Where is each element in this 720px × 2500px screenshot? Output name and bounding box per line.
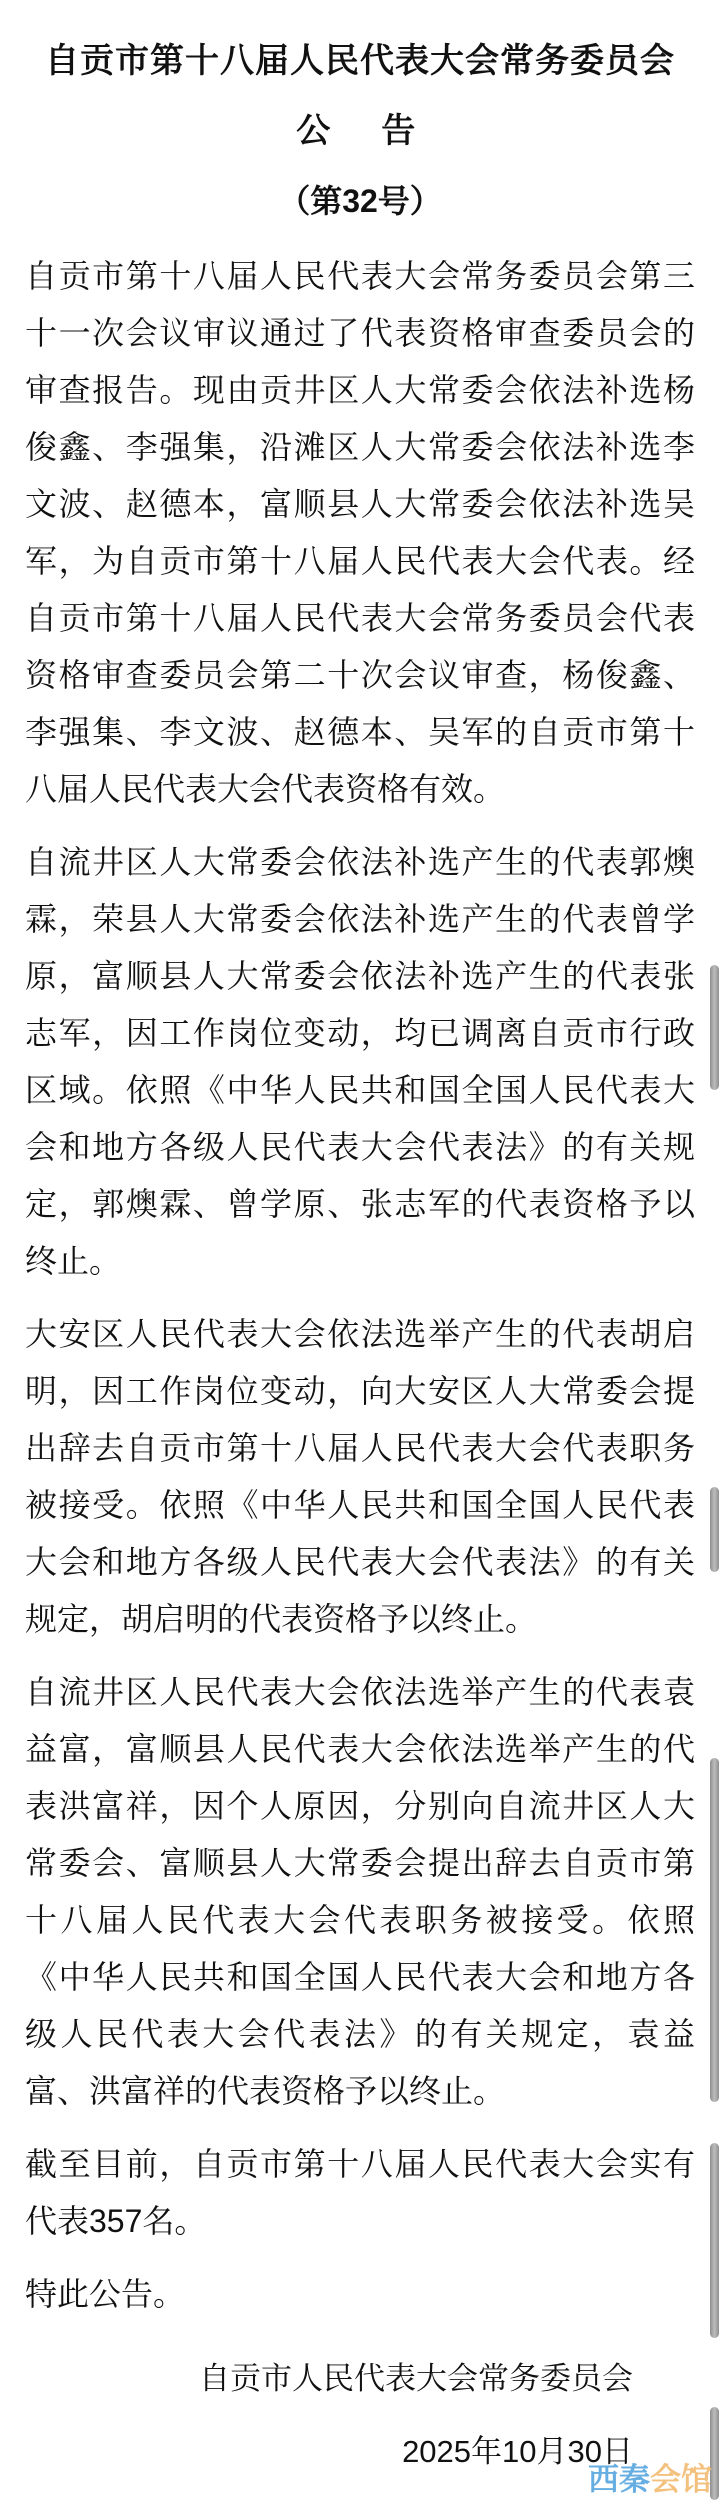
announcement-page: 自贡市第十八届人民代表大会常务委员会 公 告 （第32号） 自贡市第十八届人民代… — [0, 0, 720, 2500]
paragraph-line: 自贡市第十八届人民代表大会常务委员会代表 — [25, 590, 695, 647]
paragraph-line: 霖，荣县人大常委会依法补选产生的代表曾学 — [25, 891, 695, 948]
paragraph-line: 自流井区人大常委会依法补选产生的代表郭燠 — [25, 834, 695, 891]
paragraph: 大安区人民代表大会依法选举产生的代表胡启明，因工作岗位变动，向大安区人大常委会提… — [25, 1306, 695, 1648]
paragraph: 自贡市第十八届人民代表大会常务委员会第三十一次会议审议通过了代表资格审查委员会的… — [25, 248, 695, 818]
paragraph-line: 会和地方各级人民代表大会代表法》的有关规 — [25, 1119, 695, 1176]
paragraph: 特此公告。 — [25, 2266, 695, 2323]
paragraph-line: 文波、赵德本，富顺县人大常委会依法补选吴 — [25, 476, 695, 533]
paragraph-line: 自贡市第十八届人民代表大会常务委员会第三 — [25, 248, 695, 305]
paragraph-line: 规定，胡启明的代表资格予以终止。 — [25, 1591, 695, 1648]
paragraph-line: 大会和地方各级人民代表大会代表法》的有关 — [25, 1534, 695, 1591]
paragraph-line: 军，为自贡市第十八届人民代表大会代表。经 — [25, 533, 695, 590]
announcement-body: 自贡市第十八届人民代表大会常务委员会第三十一次会议审议通过了代表资格审查委员会的… — [25, 248, 695, 2323]
paragraph-line: 《中华人民共和国全国人民代表大会和地方各 — [25, 1949, 695, 2006]
paragraph-line: 终止。 — [25, 1233, 695, 1290]
paragraph-line: 十八届人民代表大会代表职务被接受。依照 — [25, 1892, 695, 1949]
announcement-content: 自贡市第十八届人民代表大会常务委员会 公 告 （第32号） 自贡市第十八届人民代… — [0, 0, 720, 2480]
watermark-right: 会馆 — [650, 2462, 712, 2497]
paragraph-line: 级人民代表大会代表法》的有关规定，袁益 — [25, 2006, 695, 2063]
paragraph-line: 李强集、李文波、赵德本、吴军的自贡市第十 — [25, 704, 695, 761]
paragraph-line: 定，郭燠霖、曾学原、张志军的代表资格予以 — [25, 1176, 695, 1233]
paragraph-line: 自流井区人民代表大会依法选举产生的代表袁 — [25, 1664, 695, 1721]
paragraph-line: 代表357名。 — [25, 2193, 695, 2250]
issue-date: 2025年10月30日 — [25, 2423, 633, 2480]
paragraph-line: 资格审查委员会第二十次会议审查，杨俊鑫、 — [25, 647, 695, 704]
paragraph-line: 俊鑫、李强集，沿滩区人大常委会依法补选李 — [25, 419, 695, 476]
paragraph-line: 富、洪富祥的代表资格予以终止。 — [25, 2063, 695, 2120]
paragraph: 截至目前，自贡市第十八届人民代表大会实有代表357名。 — [25, 2136, 695, 2250]
paragraph-line: 志军，因工作岗位变动，均已调离自贡市行政 — [25, 1005, 695, 1062]
paragraph-line: 原，富顺县人大常委会依法补选产生的代表张 — [25, 948, 695, 1005]
scrollbar-thumb[interactable] — [710, 1758, 719, 2102]
announcement-heading: 公 告 — [25, 110, 695, 152]
site-watermark: 西秦会馆 — [588, 2463, 712, 2496]
page-title: 自贡市第十八届人民代表大会常务委员会 — [25, 0, 695, 82]
scrollbar-thumb[interactable] — [710, 965, 719, 1090]
paragraph-line: 表洪富祥，因个人原因，分别向自流井区人大 — [25, 1778, 695, 1835]
paragraph-line: 区域。依照《中华人民共和国全国人民代表大 — [25, 1062, 695, 1119]
paragraph-line: 特此公告。 — [25, 2266, 695, 2323]
paragraph-line: 被接受。依照《中华人民共和国全国人民代表 — [25, 1477, 695, 1534]
paragraph-line: 常委会、富顺县人大常委会提出辞去自贡市第 — [25, 1835, 695, 1892]
issuer-signature: 自贡市人民代表大会常务委员会 — [25, 2350, 633, 2407]
paragraph-line: 出辞去自贡市第十八届人民代表大会代表职务 — [25, 1420, 695, 1477]
paragraph: 自流井区人民代表大会依法选举产生的代表袁益富，富顺县人民代表大会依法选举产生的代… — [25, 1664, 695, 2120]
paragraph-line: 明，因工作岗位变动，向大安区人大常委会提 — [25, 1363, 695, 1420]
document-number: （第32号） — [25, 180, 695, 222]
paragraph-line: 十一次会议审议通过了代表资格审查委员会的 — [25, 305, 695, 362]
paragraph-line: 审查报告。现由贡井区人大常委会依法补选杨 — [25, 362, 695, 419]
scrollbar-thumb[interactable] — [710, 2143, 719, 2338]
scrollbar-thumb[interactable] — [710, 1487, 719, 1572]
paragraph: 自流井区人大常委会依法补选产生的代表郭燠霖，荣县人大常委会依法补选产生的代表曾学… — [25, 834, 695, 1290]
paragraph-line: 大安区人民代表大会依法选举产生的代表胡启 — [25, 1306, 695, 1363]
paragraph-line: 八届人民代表大会代表资格有效。 — [25, 761, 695, 818]
paragraph-line: 截至目前，自贡市第十八届人民代表大会实有 — [25, 2136, 695, 2193]
watermark-left: 西秦 — [588, 2462, 650, 2497]
paragraph-line: 益富，富顺县人民代表大会依法选举产生的代 — [25, 1721, 695, 1778]
